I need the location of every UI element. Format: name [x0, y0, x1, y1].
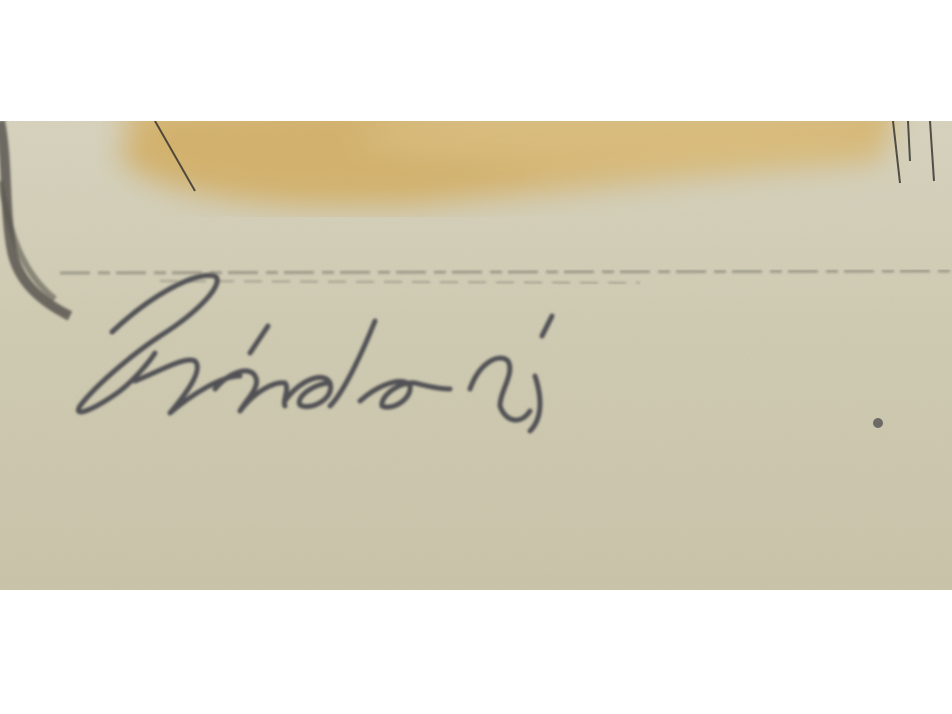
signature-photo — [0, 121, 952, 590]
